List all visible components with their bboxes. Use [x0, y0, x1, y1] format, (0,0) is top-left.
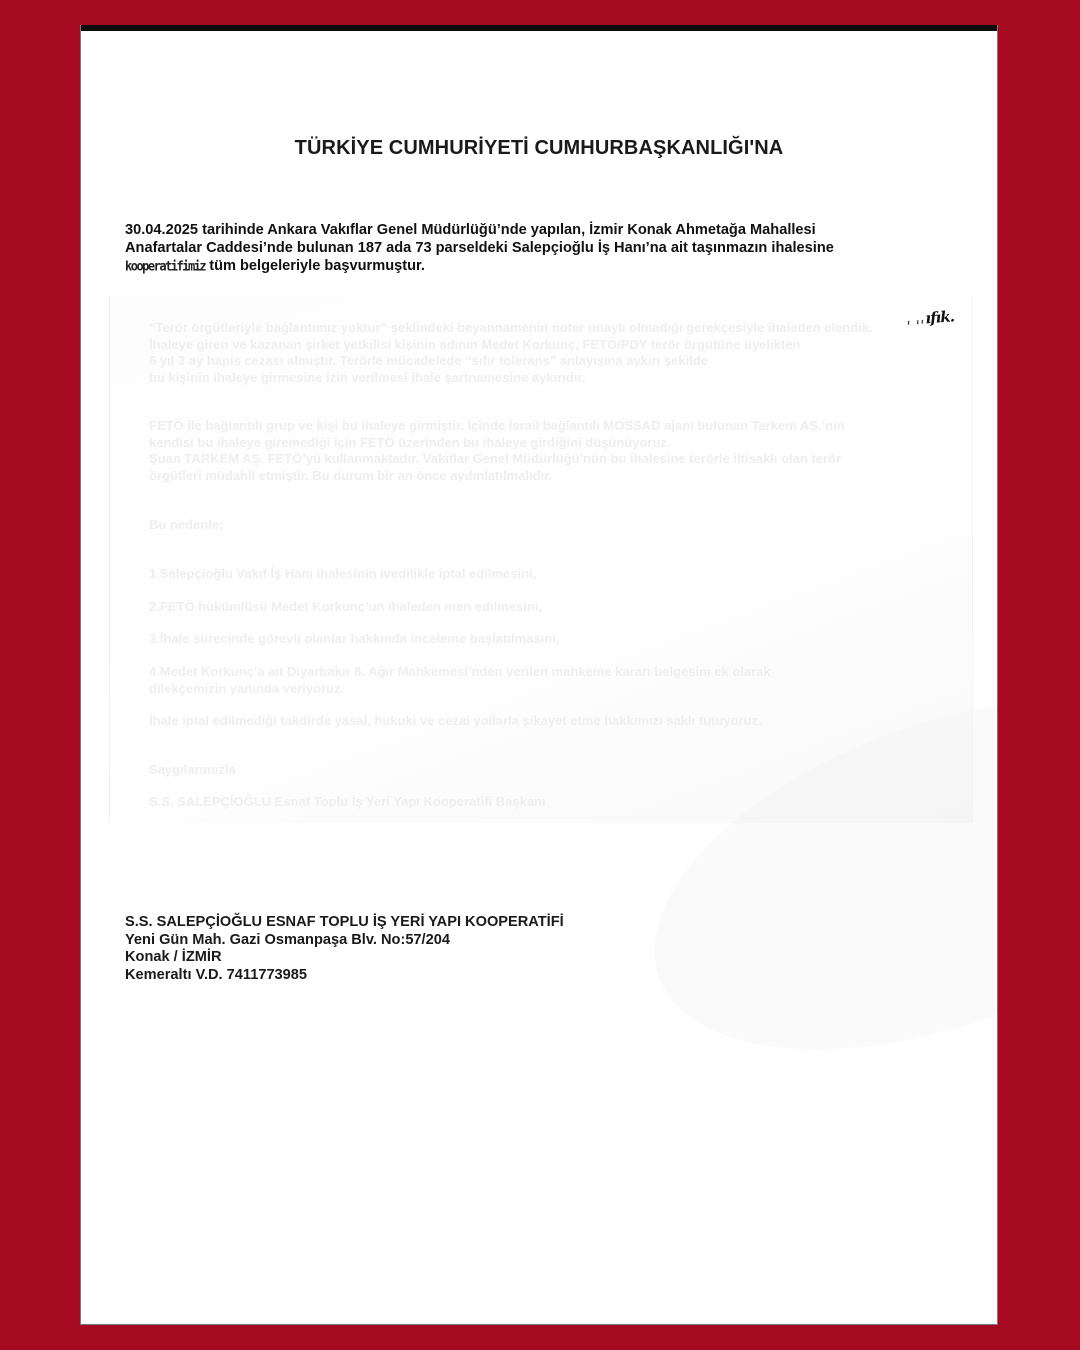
- intro-paragraph: 30.04.2025 tarihinde Ankara Vakıflar Gen…: [125, 221, 925, 275]
- intro-line-3: kooperatifimiz tüm belgeleriyle başvurmu…: [125, 257, 925, 275]
- faded-paragraph-2: FETÖ ile bağlantılı grup ve kişi bu ihal…: [149, 418, 845, 484]
- faded-closing: Saygılarımızla: [149, 762, 236, 779]
- faded-request-3: 3.İhale sürecinde görevli olanlar hakkın…: [149, 631, 559, 648]
- faded-request-2: 2.FETÖ hükümlüsü Medet Korkunç’un ihaled…: [149, 599, 542, 616]
- intro-line-1: 30.04.2025 tarihinde Ankara Vakıflar Gen…: [125, 221, 925, 239]
- intro-line-2: Anafartalar Caddesi’nde bulunan 187 ada …: [125, 239, 925, 257]
- faded-request-1: 1.Salepçioğlu Vakıf İş Hanı ihalesinin i…: [149, 566, 536, 583]
- sender-org: S.S. SALEPÇİOĞLU ESNAF TOPLU İŞ YERİ YAP…: [125, 914, 564, 932]
- redacted-word: kooperatifimiz: [125, 256, 205, 276]
- faded-request-4: 4.Medet Korkunç’a ait Diyarbakır 8. Ağır…: [149, 664, 771, 697]
- sender-address: Yeni Gün Mah. Gazi Osmanpaşa Blv. No:57/…: [125, 932, 564, 950]
- document-title: TÜRKİYE CUMHURİYETİ CUMHURBAŞKANLIĞI'NA: [81, 137, 997, 160]
- intro-line-3-rest: tüm belgeleriyle başvurmuştur.: [205, 258, 425, 274]
- page-top-edge: [81, 25, 997, 31]
- faded-signatory: S.S. SALEPÇİOĞLU Esnaf Toplu İş Yeri Yap…: [149, 794, 546, 811]
- sender-tax: Kemeraltı V.D. 7411773985: [125, 967, 564, 985]
- faded-paragraph-1: “Terör örgütleriyle bağlantımız yoktur” …: [149, 320, 873, 386]
- handwritten-signature: ı ıııfık.: [906, 307, 954, 328]
- sender-block: S.S. SALEPÇİOĞLU ESNAF TOPLU İŞ YERİ YAP…: [125, 914, 564, 984]
- document-page: TÜRKİYE CUMHURİYETİ CUMHURBAŞKANLIĞI'NA …: [80, 25, 998, 1325]
- sender-city: Konak / İZMİR: [125, 949, 564, 967]
- faded-reservation: İhale iptal edilmediği takdirde yasal, h…: [149, 713, 762, 730]
- faded-reason-heading: Bu nedenle;: [149, 517, 223, 534]
